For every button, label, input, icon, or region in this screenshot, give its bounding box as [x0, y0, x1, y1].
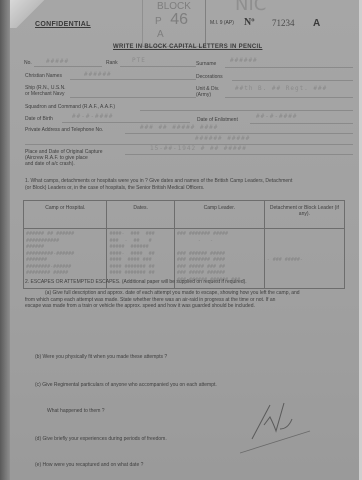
enlistment-line: [250, 123, 353, 124]
address-value-line-1[interactable]: ### ## ##### ####: [140, 124, 218, 131]
classification-label: CONFIDENTIAL: [35, 21, 91, 28]
ship-label: Ship (R.N., U.S.N. or Merchant Navy: [25, 85, 66, 97]
unit-label-line-2: (Army): [196, 92, 219, 98]
address-value-line-2[interactable]: ###### #####: [195, 135, 250, 142]
section-2a-question: (a) Give full description and approx. da…: [25, 290, 360, 310]
capture-value[interactable]: 15-##-1942 # ## #####: [150, 145, 247, 152]
form-reference: M.I. 9 (AP): [210, 20, 234, 26]
form-instruction-title: WRITE IN BLOCK CAPITAL LETTERS IN PENCIL: [113, 44, 262, 50]
form-page: CONFIDENTIAL BLOCK P 46 A NIC M.I. 9 (AP…: [10, 0, 362, 480]
capture-label-line-3: and date of a/c crash).: [25, 161, 103, 167]
col-camp-leader: Camp Leader.: [174, 201, 264, 229]
serial-suffix: A: [313, 18, 320, 29]
col-dates: Dates.: [107, 201, 174, 229]
page-shadow-edge: [0, 0, 10, 480]
squadron-label: Squadron and Command (R.A.F., A.A.F.): [25, 104, 115, 110]
christian-names-label: Christian Names: [25, 73, 62, 79]
section-2c-followup: What happened to them ?: [47, 408, 105, 415]
no-line: [34, 66, 102, 67]
surname-line: [225, 67, 353, 68]
section-2e-question: (e) How were you recaptured and on what …: [35, 462, 143, 469]
decorations-line: [232, 80, 353, 81]
unit-value[interactable]: ##th B. ## Regt. ###: [235, 85, 327, 92]
col-camp-or-hospital: Camp or Hospital.: [24, 201, 107, 229]
rank-line: [120, 66, 196, 67]
col-detachment-leader: Detachment or Block Leader (if any).: [264, 201, 344, 229]
section-2b-question: (b) Were you physically fit when you mad…: [35, 354, 167, 361]
block-stamp-box: BLOCK P 46 A: [142, 0, 206, 47]
squadron-line: [140, 110, 353, 111]
camps-table: Camp or Hospital. Dates. Camp Leader. De…: [23, 200, 345, 289]
handwritten-mark: NIC: [235, 0, 266, 15]
section-2c-question: (c) Give Regimental particulars of anyon…: [35, 382, 217, 389]
decorations-label: Decorations: [196, 74, 223, 80]
section-2a-line-3: escape was made from a train or vehicle …: [25, 303, 360, 310]
stamp-line-3: A: [143, 28, 205, 41]
handwritten-nil-mark: [240, 395, 330, 455]
surname-label: Surname: [196, 61, 216, 67]
ship-line: [70, 97, 196, 98]
ship-label-line-2: or Merchant Navy: [25, 91, 66, 97]
camps-table-header-row: Camp or Hospital. Dates. Camp Leader. De…: [24, 201, 345, 229]
cell-detachment-leaders[interactable]: - ### #####-: [264, 229, 344, 289]
capture-label: Place and Date of Original Capture (Airc…: [25, 149, 103, 167]
capture-line: [125, 154, 353, 155]
no-value[interactable]: #####: [46, 58, 69, 65]
enlistment-label: Date of Enlistment: [197, 117, 238, 123]
unit-label: Unit & Div. (Army): [196, 86, 219, 98]
stamp-letter-p: P: [155, 16, 162, 27]
enlistment-value[interactable]: ##-#-####: [256, 113, 298, 120]
section-2d-question: (d) Give briefly your experiences during…: [35, 436, 167, 443]
dob-line: [62, 122, 190, 123]
unit-line: [225, 97, 353, 98]
stamp-line-2: P 46: [143, 13, 205, 28]
number-label: Nº: [244, 17, 255, 28]
serial-number: 71234: [272, 18, 295, 28]
christian-names-value[interactable]: ######: [84, 71, 112, 78]
dob-value[interactable]: ##-#-####: [72, 113, 114, 120]
address-line-1: [125, 133, 353, 134]
surname-value[interactable]: ######: [230, 57, 258, 64]
section-1-question-line-2: (or Block) Leaders or, in the case of ho…: [25, 185, 355, 192]
christian-names-line: [70, 79, 196, 80]
dob-label: Date of Birth: [25, 116, 53, 122]
rank-label: Rank: [106, 60, 118, 66]
address-label: Private Address and Telephone No.: [25, 127, 103, 133]
section-1-question: 1. What camps, detachments or hospitals …: [25, 178, 355, 191]
section-2-heading: 2. ESCAPES OR ATTEMPTED ESCAPES. (Additi…: [25, 279, 247, 286]
rank-value[interactable]: PTE: [132, 57, 146, 64]
no-label: No.: [24, 60, 32, 66]
stamp-handwritten-number: 46: [170, 11, 188, 28]
